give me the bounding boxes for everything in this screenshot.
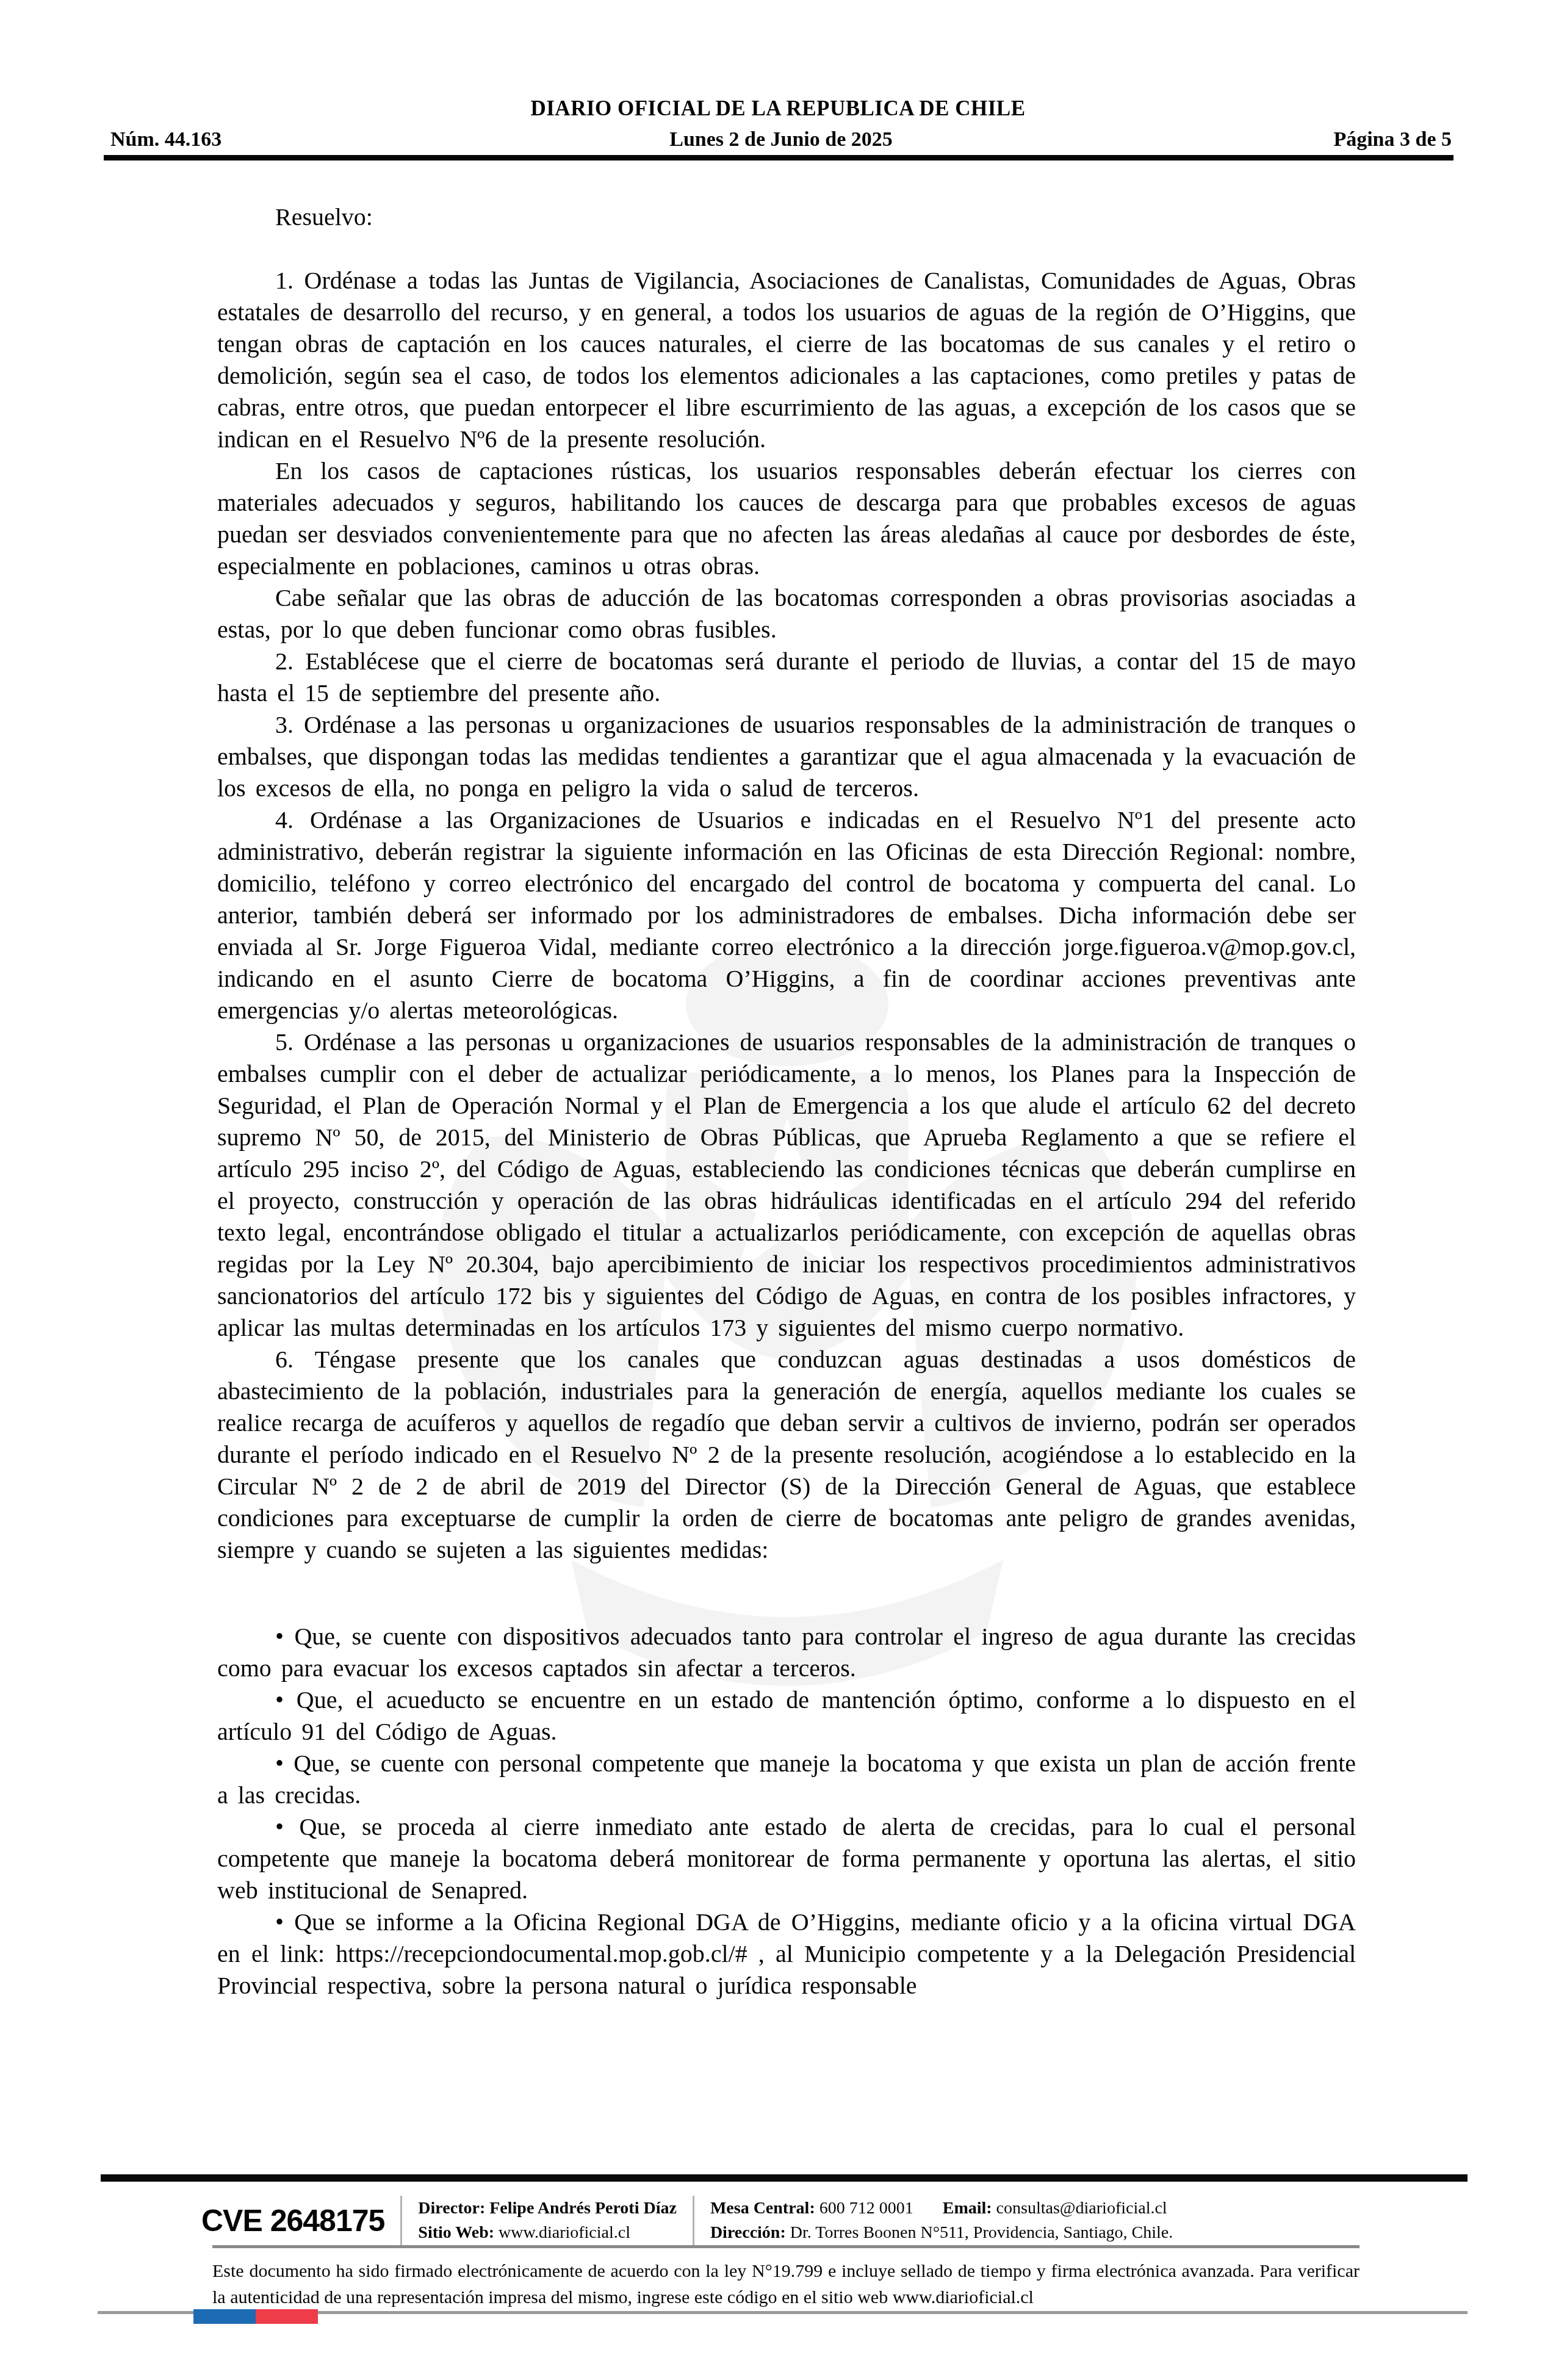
edition-date: Lunes 2 de Junio de 2025 (110, 128, 1452, 151)
body-paragraph: 2. Establécese que el cierre de bocatoma… (217, 646, 1356, 709)
bullet-paragraph: • Que se informe a la Oficina Regional D… (217, 1906, 1356, 2002)
footer-bottom-band (0, 2311, 1556, 2326)
chile-flag-mark (193, 2309, 318, 2324)
footer-contact-block: Mesa Central: 600 712 0001 Email: consul… (710, 2196, 1173, 2245)
masthead-title: DIARIO OFICIAL DE LA REPUBLICA DE CHILE (0, 96, 1556, 121)
footer-director-block: Director: Felipe Andrés Peroti Díaz Siti… (418, 2196, 677, 2245)
document-body: Resuelvo:1. Ordénase a todas las Juntas … (217, 201, 1356, 2173)
page-indicator: Página 3 de 5 (1333, 128, 1452, 151)
bullet-paragraph: • Que, se cuente con dispositivos adecua… (217, 1621, 1356, 1684)
footer-divider (400, 2196, 402, 2246)
website-label: Sitio Web: (418, 2223, 494, 2242)
address-line: Dirección: Dr. Torres Boonen N°511, Prov… (710, 2221, 1173, 2245)
body-paragraph: Cabe señalar que las obras de aducción d… (217, 582, 1356, 646)
footer-divider (693, 2196, 694, 2246)
footer-mid-rule (212, 2245, 1360, 2248)
body-paragraph: 1. Ordénase a todas las Juntas de Vigila… (217, 265, 1356, 455)
address-label: Dirección: (710, 2223, 786, 2242)
director-line: Director: Felipe Andrés Peroti Díaz (418, 2196, 677, 2221)
body-paragraph: 5. Ordénase a las personas u organizacio… (217, 1026, 1356, 1344)
address-value: Dr. Torres Boonen N°511, Providencia, Sa… (790, 2223, 1173, 2242)
header-row: Núm. 44.163 Lunes 2 de Junio de 2025 Pág… (110, 128, 1452, 155)
legal-notice: Este documento ha sido firmado electróni… (212, 2258, 1360, 2310)
director-label: Director: (418, 2199, 485, 2218)
body-paragraph: 6. Téngase presente que los canales que … (217, 1344, 1356, 1566)
bullet-paragraph: • Que, se cuente con personal competente… (217, 1748, 1356, 1811)
header-rule (104, 155, 1453, 160)
email-value: consultas@diarioficial.cl (996, 2199, 1167, 2218)
website-line: Sitio Web: www.diarioficial.cl (418, 2221, 677, 2245)
cve-code: CVE 2648175 (201, 2209, 384, 2233)
body-paragraph: Resuelvo: (217, 201, 1356, 233)
footer-top-rule (101, 2174, 1468, 2182)
phone-label: Mesa Central: (710, 2199, 815, 2218)
flag-blue-band (193, 2309, 256, 2324)
bullet-paragraph: • Que, el acueducto se encuentre en un e… (217, 1684, 1356, 1748)
footer-info: CVE 2648175 Director: Felipe Andrés Pero… (201, 2196, 1173, 2246)
gazette-page: DIARIO OFICIAL DE LA REPUBLICA DE CHILE … (0, 0, 1556, 2380)
flag-red-band (256, 2309, 318, 2324)
phone-email-line: Mesa Central: 600 712 0001 Email: consul… (710, 2196, 1173, 2221)
director-name: Felipe Andrés Peroti Díaz (489, 2199, 677, 2218)
email-label: Email: (943, 2199, 992, 2218)
website-value: www.diarioficial.cl (499, 2223, 630, 2242)
phone-value: 600 712 0001 (819, 2199, 913, 2218)
body-paragraph: En los casos de captaciones rústicas, lo… (217, 455, 1356, 582)
body-paragraph: 3. Ordénase a las personas u organizacio… (217, 709, 1356, 804)
body-paragraph: 4. Ordénase a las Organizaciones de Usua… (217, 804, 1356, 1026)
bullet-paragraph: • Que, se proceda al cierre inmediato an… (217, 1811, 1356, 1906)
